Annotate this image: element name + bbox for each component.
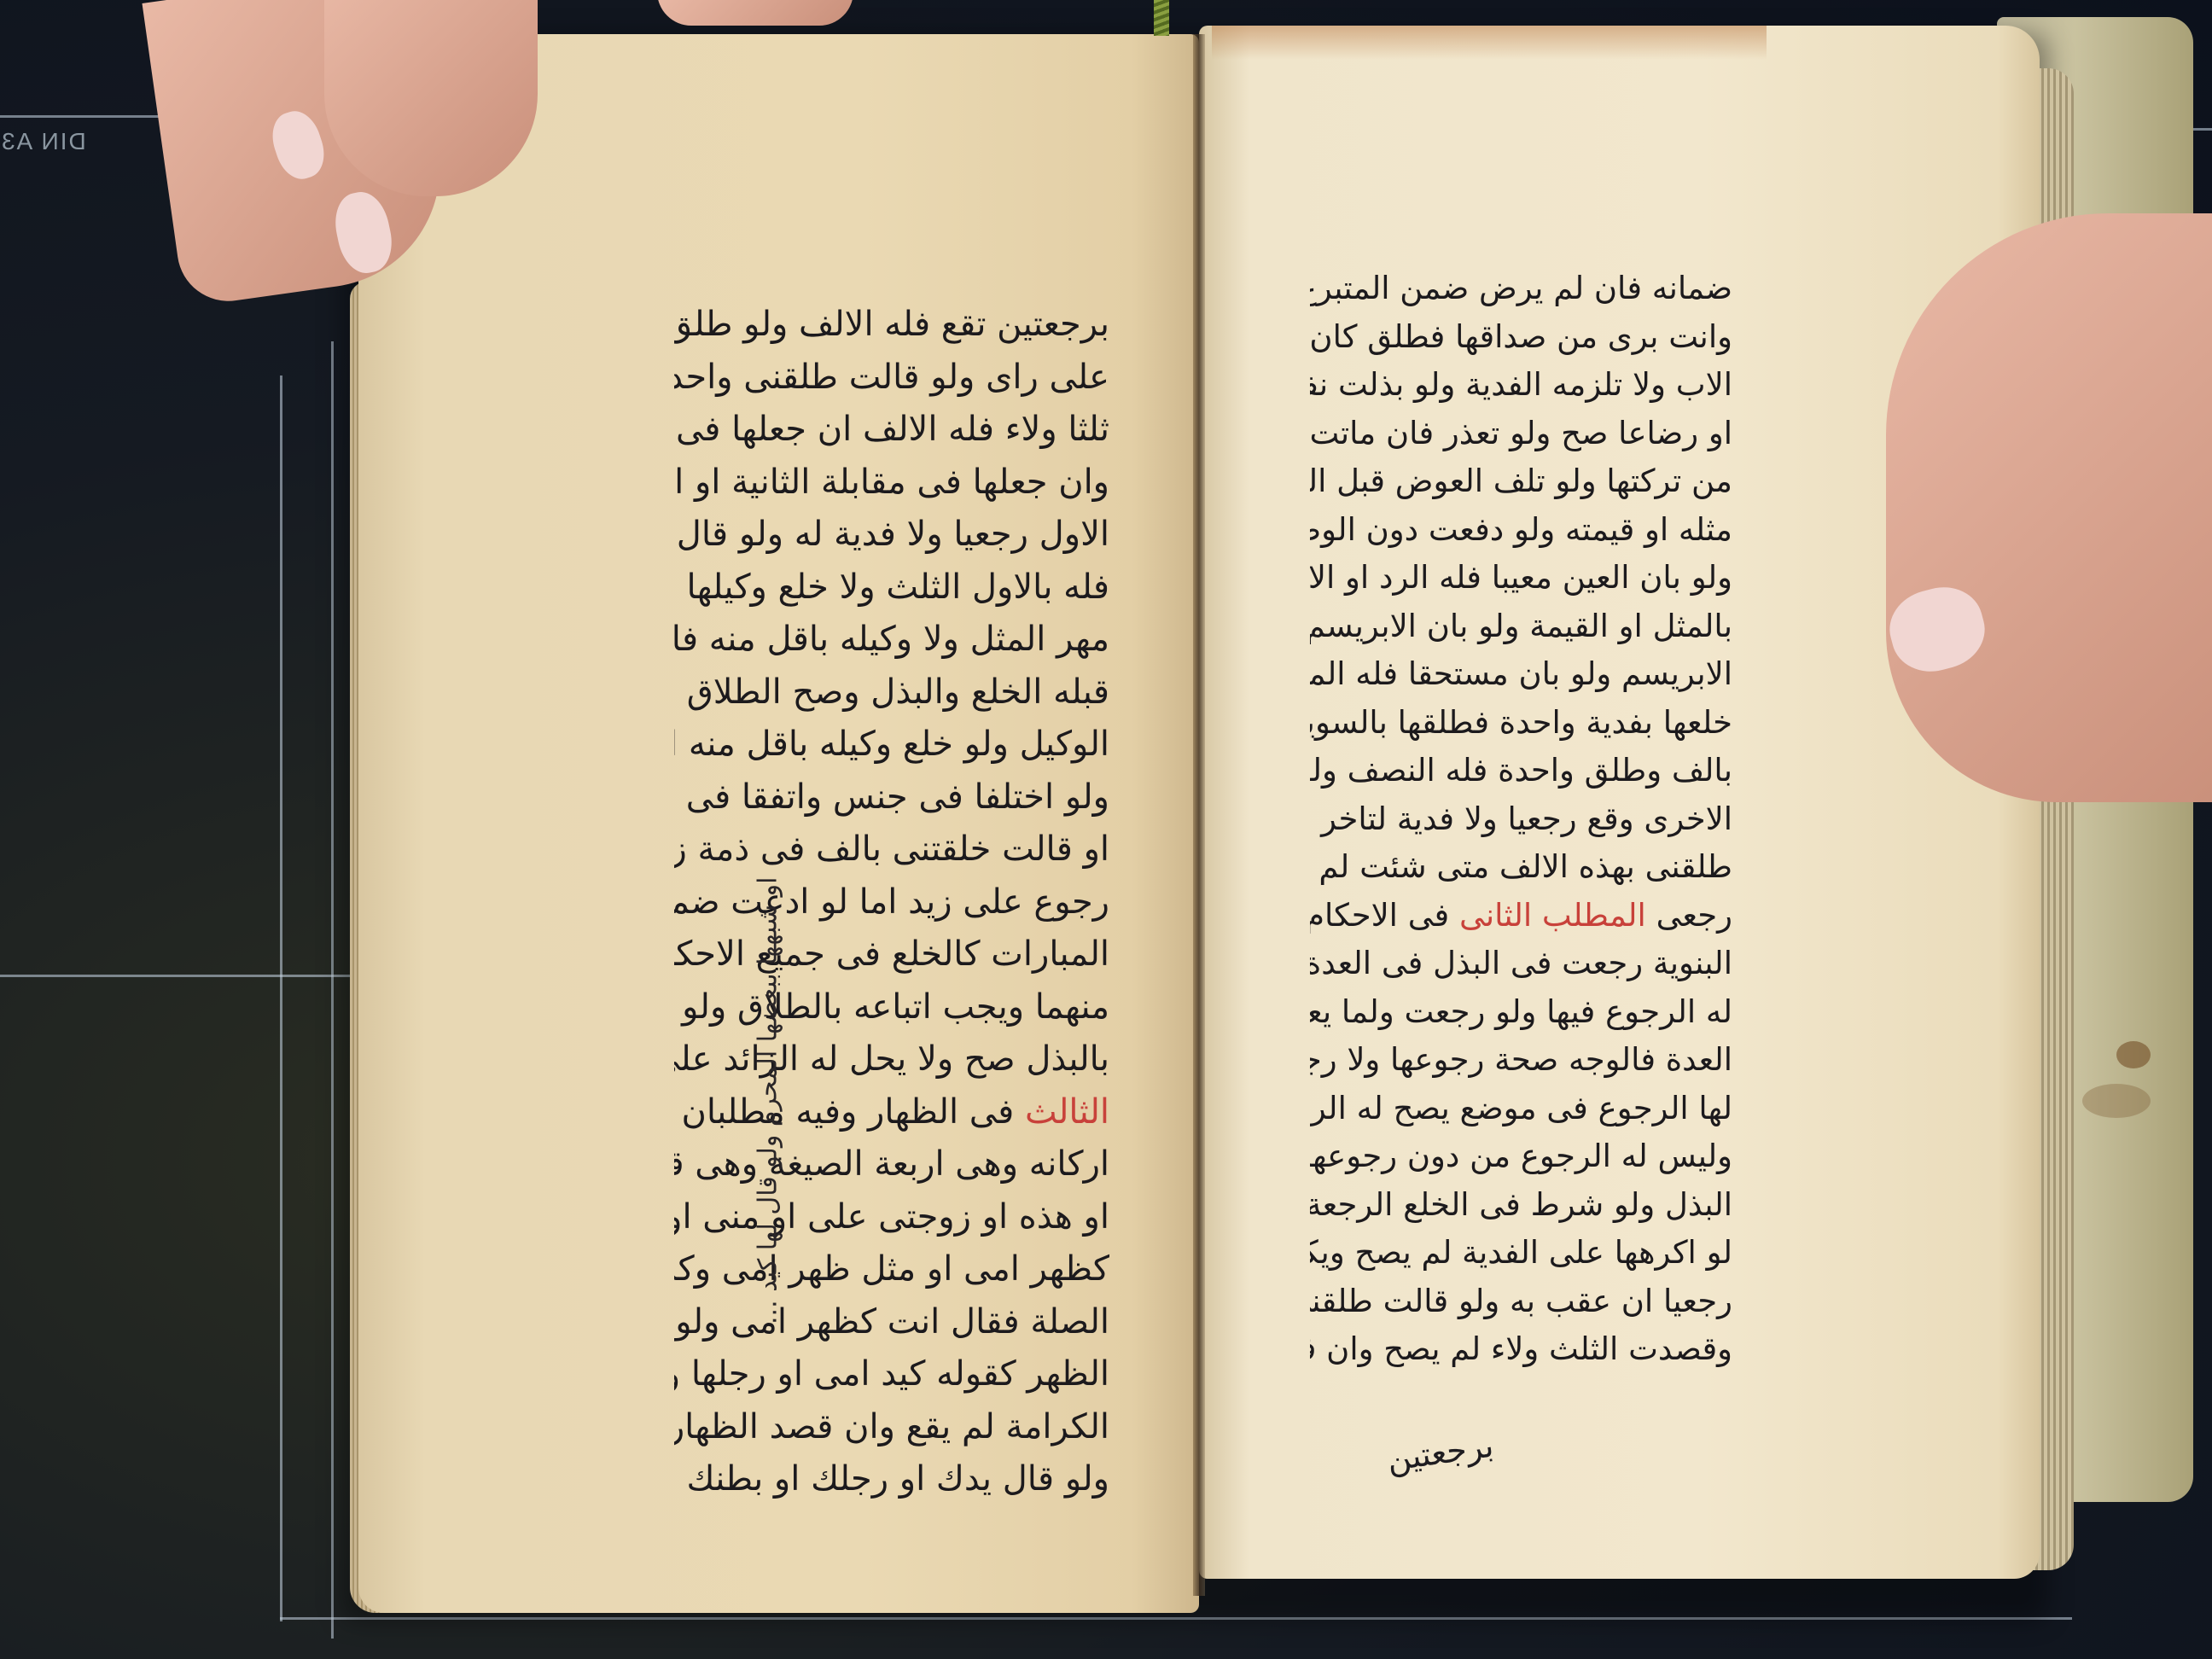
text-line: طلقنى بهذه الالف متى شئت لم يصح فان طلق [1310, 843, 1732, 892]
text-line-with-rubric: بالبذل صح ولا يحل له الزائد على ما اعطاه… [674, 1033, 1109, 1086]
text-line: كظهر امى او مثل ظهر امى وكذا لو ترك [674, 1243, 1109, 1296]
left-hand-thumb-area [657, 0, 853, 26]
text-line: او رضاعا صح ولو تعذر فان ماتت اخذ الباقى [1310, 410, 1732, 458]
margin-note: او شبهها ببعضها المحرم ولو قال لها كيد .… [754, 877, 783, 1236]
text-line: ولو قال يدك او رجلك او بطنك او نصفك على [674, 1453, 1109, 1506]
board-grid-line [280, 375, 282, 1621]
text-line: وقصدت الثلث ولاء لم يصح وان فعل فكو [1310, 1325, 1732, 1374]
text-line-with-rubric: رجعى المطلب الثانى فى الاحكام مقتضى الخل… [1310, 892, 1732, 940]
text-line: بالمثل او القيمة ولو بان الابريسم كتانا … [1310, 602, 1732, 651]
text-line: الصلة فقال انت كظهر امى ولو شبهها بغير [674, 1296, 1109, 1349]
board-grid-line [0, 975, 358, 977]
text-line: وان جعلها فى مقابلة الثانية او الثالثة ص… [674, 457, 1109, 509]
text-line: الاول رجعيا ولا فدية له ولو قال فى مقابل… [674, 509, 1109, 562]
text-line: رجعيا ان عقب به ولو قالت طلقنى ثلثا بالف [1310, 1278, 1732, 1326]
text-line: المبارات كالخلع فى جميع الاحكام الا ان ا… [674, 928, 1109, 981]
left-page-text-block: برجعتين تقع فله الالف ولو طلق واحدة فله … [674, 299, 1109, 1506]
rubric-heading: المطلب الثانى [1459, 897, 1646, 934]
text-line: وليس له الرجوع من دون رجوعها فى [1310, 1132, 1732, 1181]
text-segment: فى الاحكام مقتضى الخلع [1310, 897, 1449, 934]
text-line: ولو بان العين معيبا فله الرد او الارش وا… [1310, 554, 1732, 602]
text-line: قبله الخلع والبذل وصح الطلاق رجعيا ولا ي… [674, 667, 1109, 719]
text-line: ضمانه فان لم يرض ضمن المتبرع ولو قال ابو… [1310, 265, 1732, 313]
text-line: له الرجوع فيها ولو رجعت ولما يعلم حتى ان… [1310, 988, 1732, 1037]
left-hand-finger [324, 0, 538, 196]
text-line: لو اكرهها على الفدية لم يصح ويكون الطلاق [1310, 1229, 1732, 1278]
text-line: بالف وطلق واحدة فله النصف ولو عقب طلاق [1310, 747, 1732, 795]
text-line: العدة فالوجه صحة رجوعها ولا رجعة له وانم… [1310, 1036, 1732, 1085]
text-line: الاب ولا تلزمه الفدية ولو بذلت نفقة معين… [1310, 361, 1732, 410]
text-line: ثلثا ولاء فله الالف ان جعلها فى مقابلة ا… [674, 404, 1109, 457]
text-line: مهر المثل ولا وكيله باقل منه فان بذل ازي… [674, 614, 1109, 667]
text-line: ولو اختلفا فى جنس واتفقا فى قدره او بالع… [674, 771, 1109, 824]
text-line: البذل ولو شرط فى الخلع الرجعة لم يصح و [1310, 1181, 1732, 1230]
text-segment: بالبذل صح ولا يحل له الزائد على ما اعطاه… [674, 1039, 1109, 1079]
text-segment: رجعى [1656, 897, 1732, 934]
book-gutter [1193, 34, 1205, 1596]
text-line: او قالت خلقتنى بالف فى ذمة زيد طلقت ولا [674, 824, 1109, 876]
text-line-with-rubric: الثالث فى الظهار وفيه مطلبان الاول فى [674, 1086, 1109, 1139]
water-stain [1212, 26, 1767, 60]
text-line: اركانه وهى اربعة الصيغة وهى قوله انت [674, 1138, 1109, 1191]
text-line: او هذه او زوجتى على او منى او عندى او [674, 1191, 1109, 1244]
board-label: DIN A3 [0, 128, 86, 155]
text-line: الوكيل ولو خلع وكيله باقل منه او طلق به … [674, 719, 1109, 771]
text-line: لها الرجوع فى موضع يصح له الرجوع فى البض… [1310, 1085, 1732, 1133]
text-line: الظهر كقوله كيد امى او رجلها و قصد [674, 1348, 1109, 1401]
text-line: رجوع على زيد اما لو ادعت ضمان زيد لم يقب… [674, 876, 1109, 929]
text-line: فله بالاول الثلث ولا خلع وكيلها بازيد من [674, 562, 1109, 614]
right-page-text-block: ضمانه فان لم يرض ضمن المتبرع ولو قال ابو… [1310, 265, 1732, 1374]
board-grid-line [331, 341, 334, 1639]
text-line: على راى ولو قالت طلقنى واحدة بالف فطلق [674, 352, 1109, 405]
text-line: من تركتها ولو تلف العوض قبل القبض ضمنت [1310, 457, 1732, 506]
text-line: مثله او قيمته ولو دفعت دون الوصف فله الر… [1310, 506, 1732, 555]
rubric-word: الثالث [1025, 1092, 1109, 1132]
text-line: وانت برى من صداقها فطلق كان رجعيا ولم يض… [1310, 313, 1732, 362]
text-line: برجعتين تقع فله الالف ولو طلق واحدة فله … [674, 299, 1109, 352]
right-hand [1886, 213, 2212, 802]
stain [2116, 1041, 2151, 1068]
text-segment: فى الظهار وفيه مطلبان الاول فى [674, 1092, 1014, 1132]
text-line: الاخرى وقع رجعيا ولا فدية لتاخر الجواب و… [1310, 795, 1732, 844]
text-line: خلعها بفدية واحدة فطلقها بالسوية ولو قال… [1310, 699, 1732, 748]
text-line: الكرامة لم يقع وان قصد الظهار قبل يقع [674, 1401, 1109, 1454]
text-line: الابريسم ولو بان مستحقا فله المثل او الق… [1310, 650, 1732, 699]
stain [2082, 1084, 2151, 1118]
text-line: منهما ويجب اتباعه بالطلاق ولو اقتصر على … [674, 981, 1109, 1034]
binding-thread [1154, 0, 1169, 36]
text-line: البنوية رجعت فى البذل فى العدة صار رجعيا [1310, 940, 1732, 988]
